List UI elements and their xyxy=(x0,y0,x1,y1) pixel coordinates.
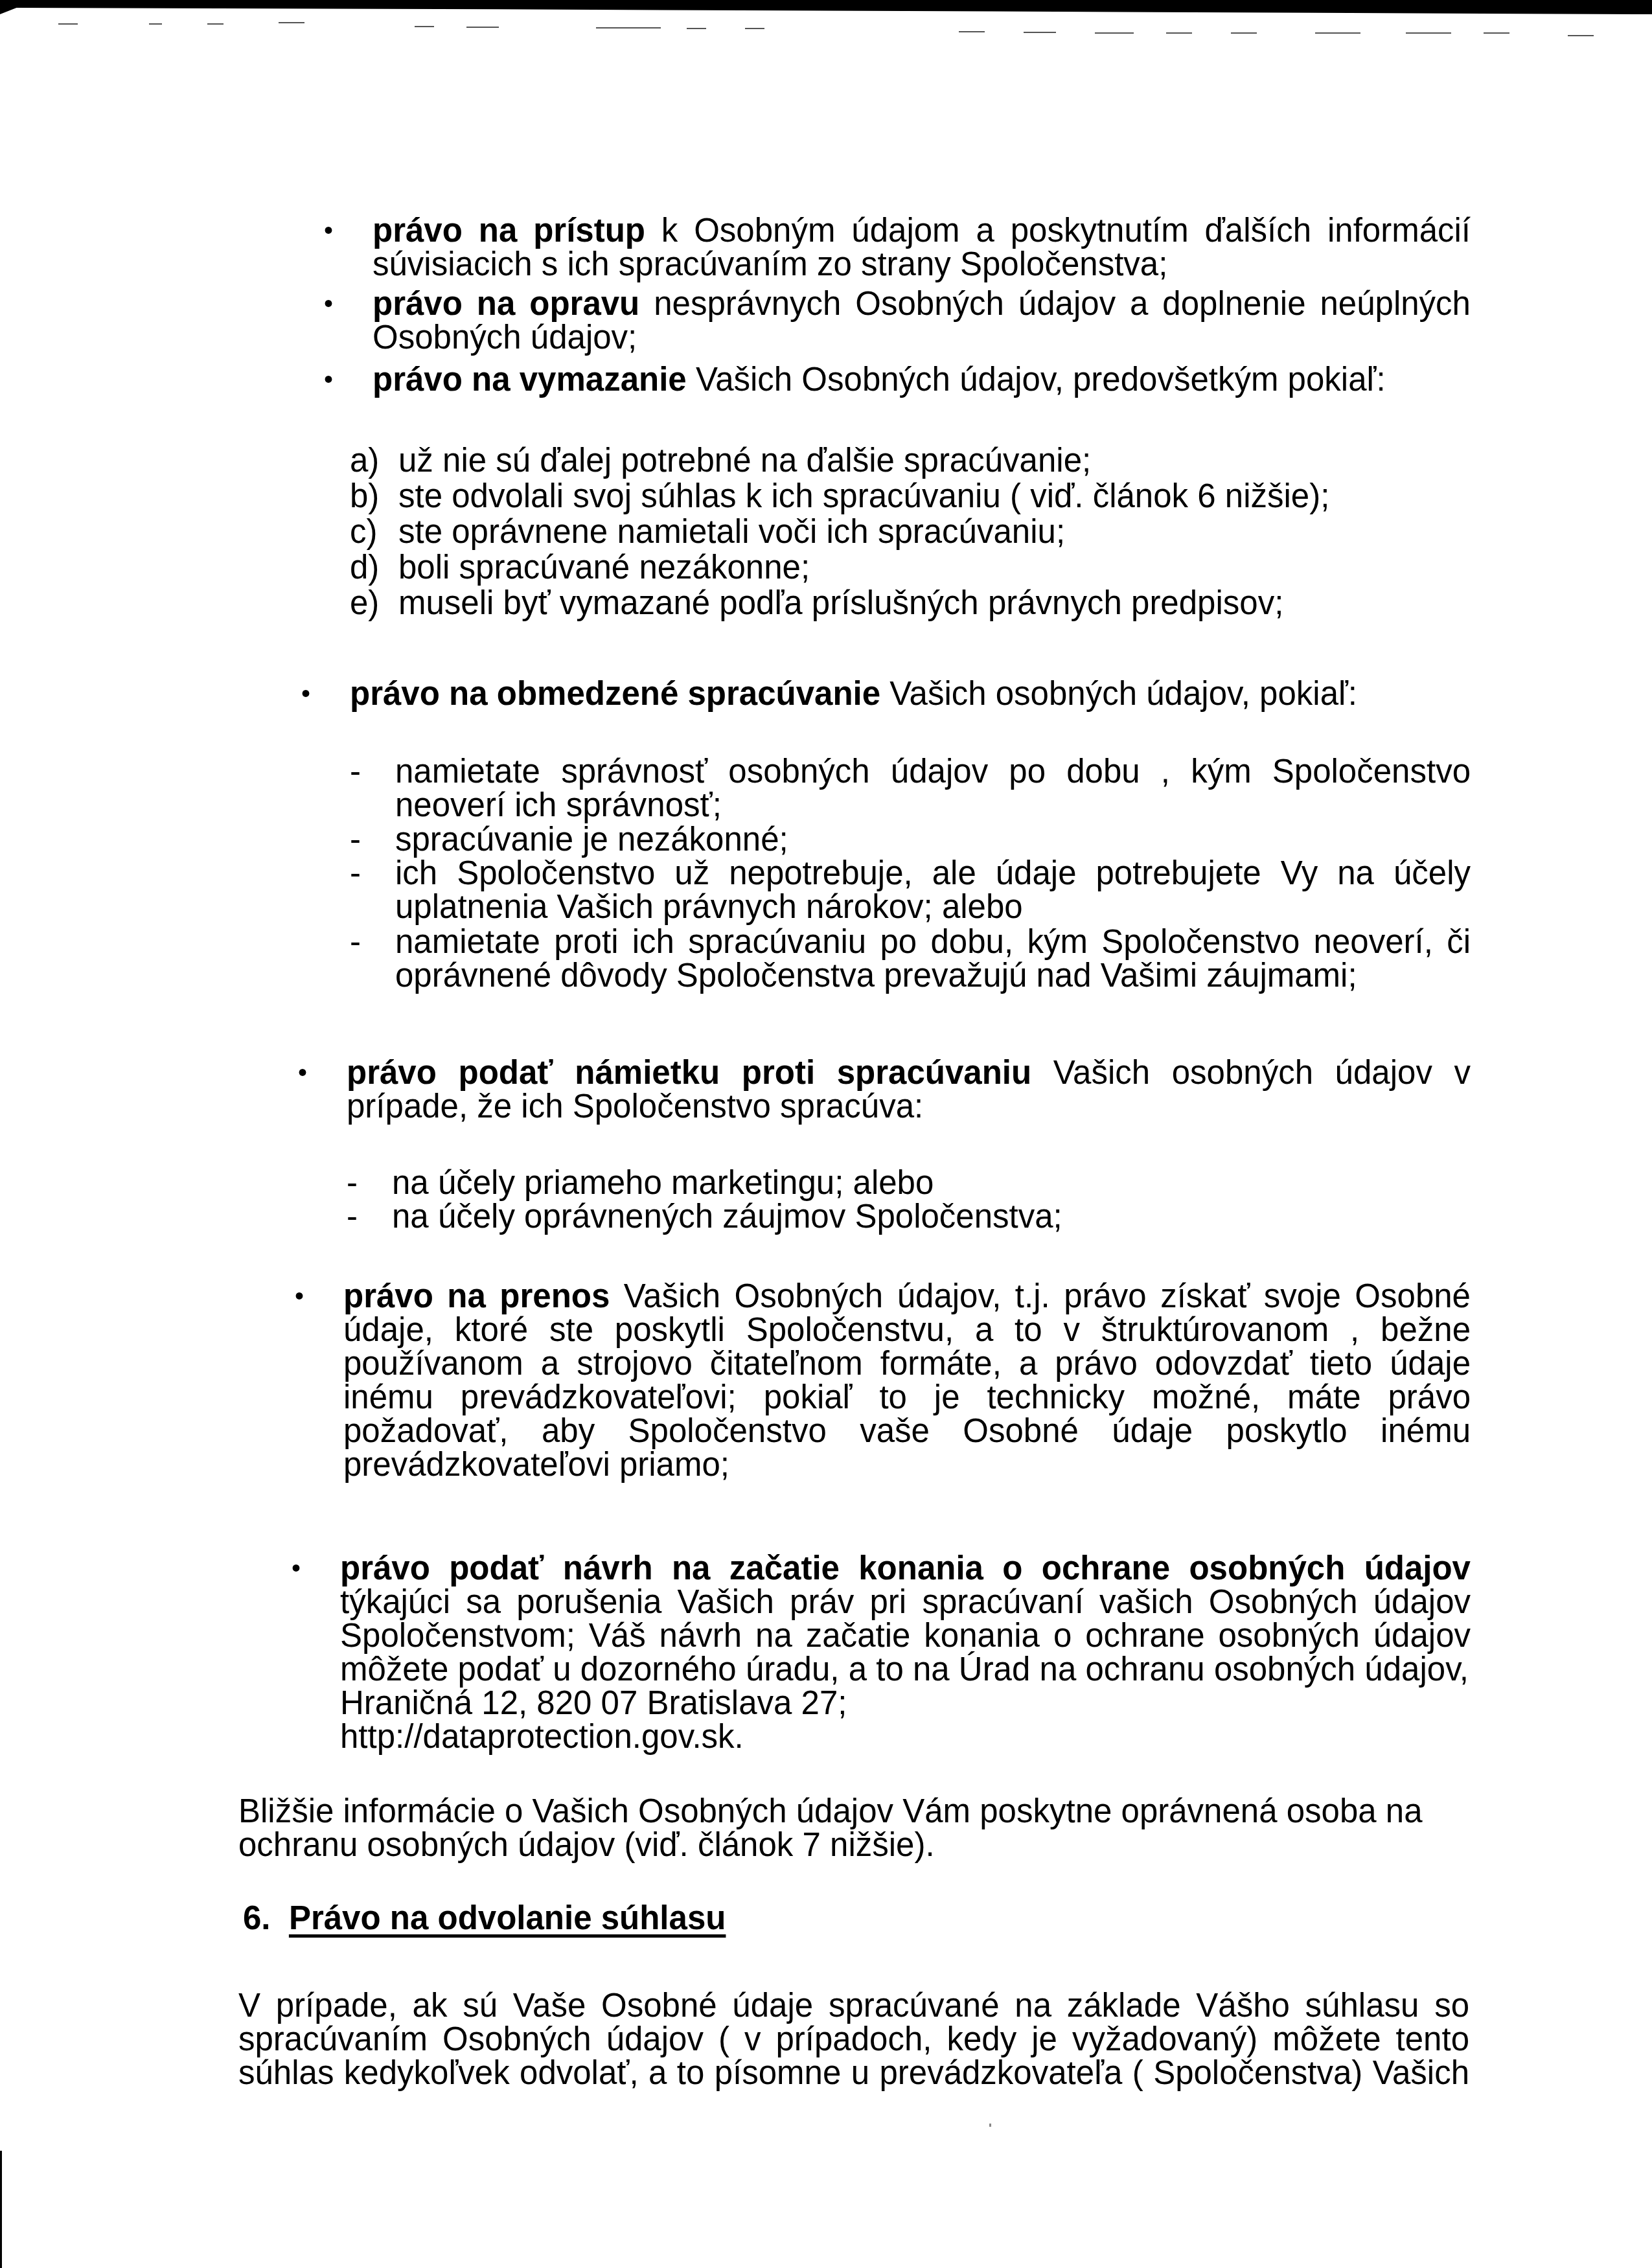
right-title: právo na prístup xyxy=(373,212,645,249)
right-text: Vašich Osobných údajov, predovšetkým pok… xyxy=(687,361,1386,398)
dash-icon: - xyxy=(350,823,361,856)
right-title: právo podať námietku proti spracúvaniu xyxy=(347,1054,1031,1091)
bullet-icon: • xyxy=(324,363,333,396)
list-item: na účely priameho marketingu; alebo xyxy=(392,1166,934,1200)
list-item: spracúvanie je nezákonné; xyxy=(395,823,1471,856)
dash-icon: - xyxy=(347,1166,358,1200)
section-heading: 6. Právo na odvolanie súhlasu xyxy=(243,1901,726,1935)
section-paragraph: V prípade, ak sú Vaše Osobné údaje sprac… xyxy=(238,1989,1469,2090)
further-info-paragraph: Bližšie informácie o Vašich Osobných úda… xyxy=(238,1794,1469,1862)
right-text: Vašich osobných údajov, pokiaľ: xyxy=(880,675,1357,712)
list-item: už nie sú ďalej potrebné na ďalšie sprac… xyxy=(398,444,1091,477)
list-item: na účely oprávnených záujmov Spoločenstv… xyxy=(392,1200,1062,1233)
right-complaint-item: právo podať návrh na začatie konania o o… xyxy=(340,1552,1471,1754)
list-item: museli byť vymazané podľa príslušných pr… xyxy=(398,586,1283,620)
section-title: Právo na odvolanie súhlasu xyxy=(289,1899,726,1936)
section-number: 6. xyxy=(243,1899,271,1936)
bullet-icon: • xyxy=(324,214,333,247)
list-label: d) xyxy=(350,551,379,584)
document-page: • právo na prístup k Osobným údajom a po… xyxy=(0,0,1652,2268)
dash-icon: - xyxy=(350,856,361,890)
list-label: c) xyxy=(350,515,377,549)
right-portability-item: právo na prenos Vašich Osobných údajov, … xyxy=(343,1279,1471,1482)
right-rectification-item: právo na opravu nesprávnych Osobných úda… xyxy=(373,287,1471,354)
list-label: b) xyxy=(350,479,379,513)
list-item: namietate proti ich spracúvaniu po dobu,… xyxy=(395,925,1471,992)
bullet-icon: • xyxy=(301,677,310,711)
scan-speck xyxy=(989,2124,991,2127)
right-title: právo podať návrh na začatie konania o o… xyxy=(340,1550,1471,1586)
right-erasure-item: právo na vymazanie Vašich Osobných údajo… xyxy=(373,363,1471,396)
bullet-icon: • xyxy=(295,1279,304,1313)
list-item: boli spracúvané nezákonne; xyxy=(398,551,810,584)
right-text: týkajúci sa porušenia Vašich práv pri sp… xyxy=(340,1583,1471,1688)
list-item: ste odvolali svoj súhlas k ich spracúvan… xyxy=(398,479,1329,513)
authority-address: Hraničná 12, 820 07 Bratislava 27; xyxy=(340,1686,1471,1720)
right-title: právo na vymazanie xyxy=(373,361,687,398)
list-item: ich Spoločenstvo už nepotrebuje, ale úda… xyxy=(395,856,1471,924)
right-title: právo na opravu xyxy=(373,285,639,322)
list-item: namietate správnosť osobných údajov po d… xyxy=(395,755,1471,822)
right-restriction-item: právo na obmedzené spracúvanie Vašich os… xyxy=(350,677,1471,711)
list-label: e) xyxy=(350,586,379,620)
dash-icon: - xyxy=(350,755,361,788)
list-item: ste oprávnene namietali voči ich spracúv… xyxy=(398,515,1065,549)
bullet-icon: • xyxy=(292,1552,301,1585)
bullet-icon: • xyxy=(298,1056,307,1090)
list-label: a) xyxy=(350,444,379,477)
right-access-item: právo na prístup k Osobným údajom a posk… xyxy=(373,214,1471,281)
right-title: právo na obmedzené spracúvanie xyxy=(350,675,880,712)
right-title: právo na prenos xyxy=(343,1277,610,1314)
dash-icon: - xyxy=(347,1200,358,1233)
authority-url-link[interactable]: http://dataprotection.gov.sk. xyxy=(340,1720,1471,1754)
right-objection-item: právo podať námietku proti spracúvaniu V… xyxy=(347,1056,1471,1123)
dash-icon: - xyxy=(350,925,361,959)
bullet-icon: • xyxy=(324,287,333,321)
